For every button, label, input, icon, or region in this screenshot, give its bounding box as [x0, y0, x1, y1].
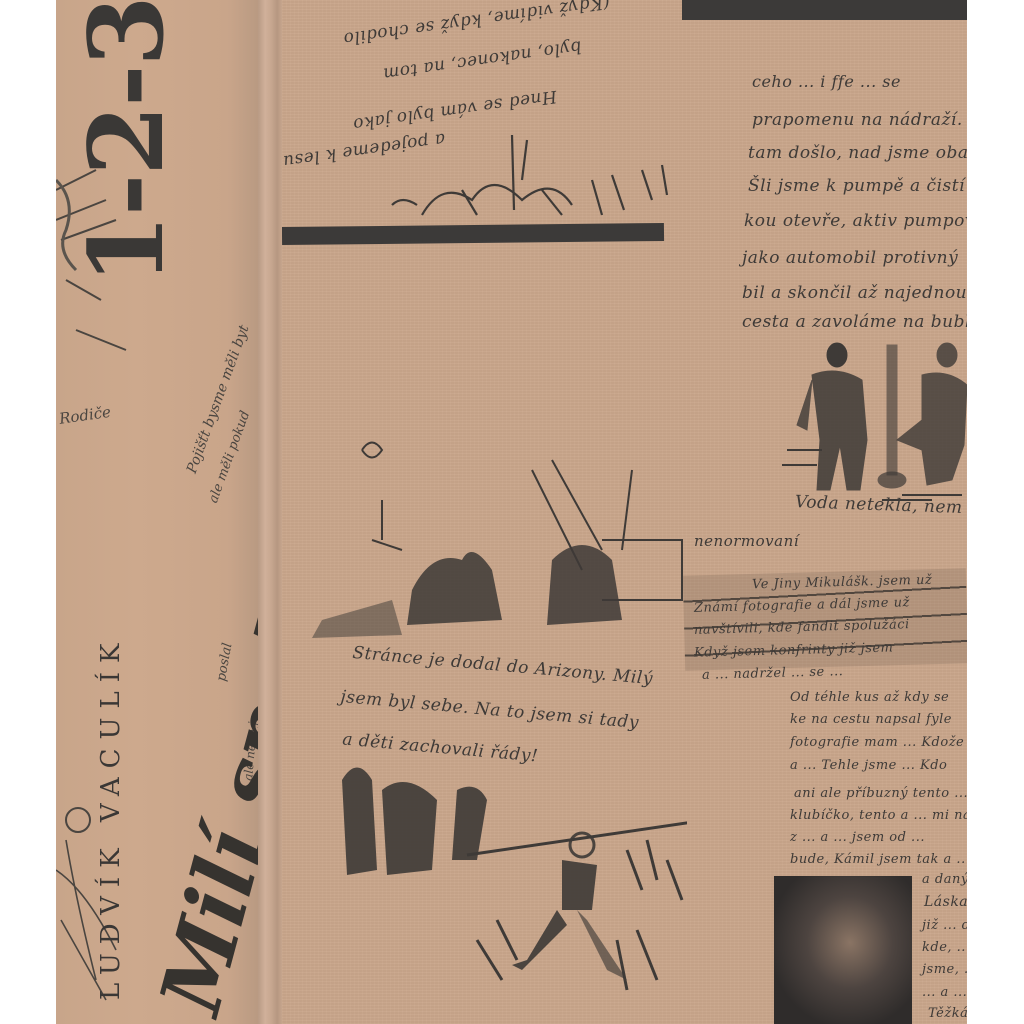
- handwriting-line: Stránce je dodal do Arizony. Milý: [352, 643, 654, 689]
- handwriting-line: a ... nadržel ... se ...: [702, 664, 844, 683]
- handwriting-line: prapomenu na nádraží.: [752, 110, 963, 130]
- handwriting-line: klubíčko, tento a ... mi na: [790, 808, 967, 823]
- book-spine: Rodiče Pojišťt bysme měli byt ale měli p…: [56, 0, 258, 1024]
- front-cover: (Když vidíme, když se chodilo bylo, nako…: [282, 0, 967, 1024]
- handwriting-line: cesta a zavoláme na bublání: [742, 312, 967, 332]
- handwriting-line: jsme, ...: [922, 962, 967, 977]
- handwriting-line: fotografie mam ... Kdože: [790, 735, 964, 750]
- spine-hinge: [258, 0, 282, 1024]
- top-ink-bar: [682, 0, 967, 20]
- author-name: LUDVÍK VACULÍK: [96, 635, 126, 1000]
- handwriting-line: ceho ... i ffe ... se: [752, 72, 901, 91]
- two-figures-illustration-icon: [782, 330, 967, 510]
- spine-scribble: Rodiče: [58, 403, 112, 428]
- handwriting-line: Šli jsme k pumpě a čistí: [748, 176, 965, 196]
- field-sketch-icon: [302, 300, 692, 640]
- handwriting-line: a daný ...: [922, 872, 967, 887]
- handwriting-line: Láska ...: [924, 894, 967, 910]
- portrait-photo: [774, 876, 912, 1024]
- book: Rodiče Pojišťt bysme měli byt ale měli p…: [56, 0, 967, 1024]
- handwriting-line: a ... Tehle jsme ... Kdo: [790, 758, 947, 773]
- handwriting-line: bude, Kámil jsem tak a ...: [790, 852, 967, 867]
- boy-with-stick-sketch-icon: [327, 760, 687, 1024]
- volume-number: 1-2-3: [76, 0, 178, 285]
- handwriting-line: již ... dobře: [922, 918, 967, 933]
- handwriting-line: tam došlo, nad jsme oba: [748, 143, 967, 163]
- handwriting-line: ke na cestu napsal fyle: [790, 712, 952, 727]
- spine-scribble: Pojišťt bysme měli byt: [184, 323, 253, 476]
- handwriting-line: z ... a ... jsem od ...: [790, 830, 925, 845]
- handwriting-line: kde, ... nejsme: [922, 940, 967, 955]
- handwriting-line: ani ale příbuzný tento ... Colle: [794, 786, 967, 801]
- ink-horizon-bar: [282, 223, 664, 245]
- handwriting-line: jsem byl sebe. Na to jsem si tady: [340, 687, 640, 733]
- illustration-caption-2: nenormovaní: [694, 532, 799, 550]
- handwriting-line: jako automobil protivný: [742, 248, 958, 268]
- handwriting-line: Těžká voda: [928, 1006, 967, 1021]
- landscape-sketch-icon: [362, 120, 682, 230]
- illustration-caption: Voda netekla, nem a Bol: [795, 492, 967, 520]
- handwriting-line: ... a ...: [922, 985, 967, 1000]
- handwriting-line: bil a skončil až najednou: [742, 283, 967, 303]
- handwriting-line: Od téhle kus až kdy se: [790, 690, 949, 705]
- handwriting-line: kou otevře, aktiv pumpoval: [744, 211, 967, 231]
- handwriting-line: bylo, nakonec, na tom: [382, 36, 583, 84]
